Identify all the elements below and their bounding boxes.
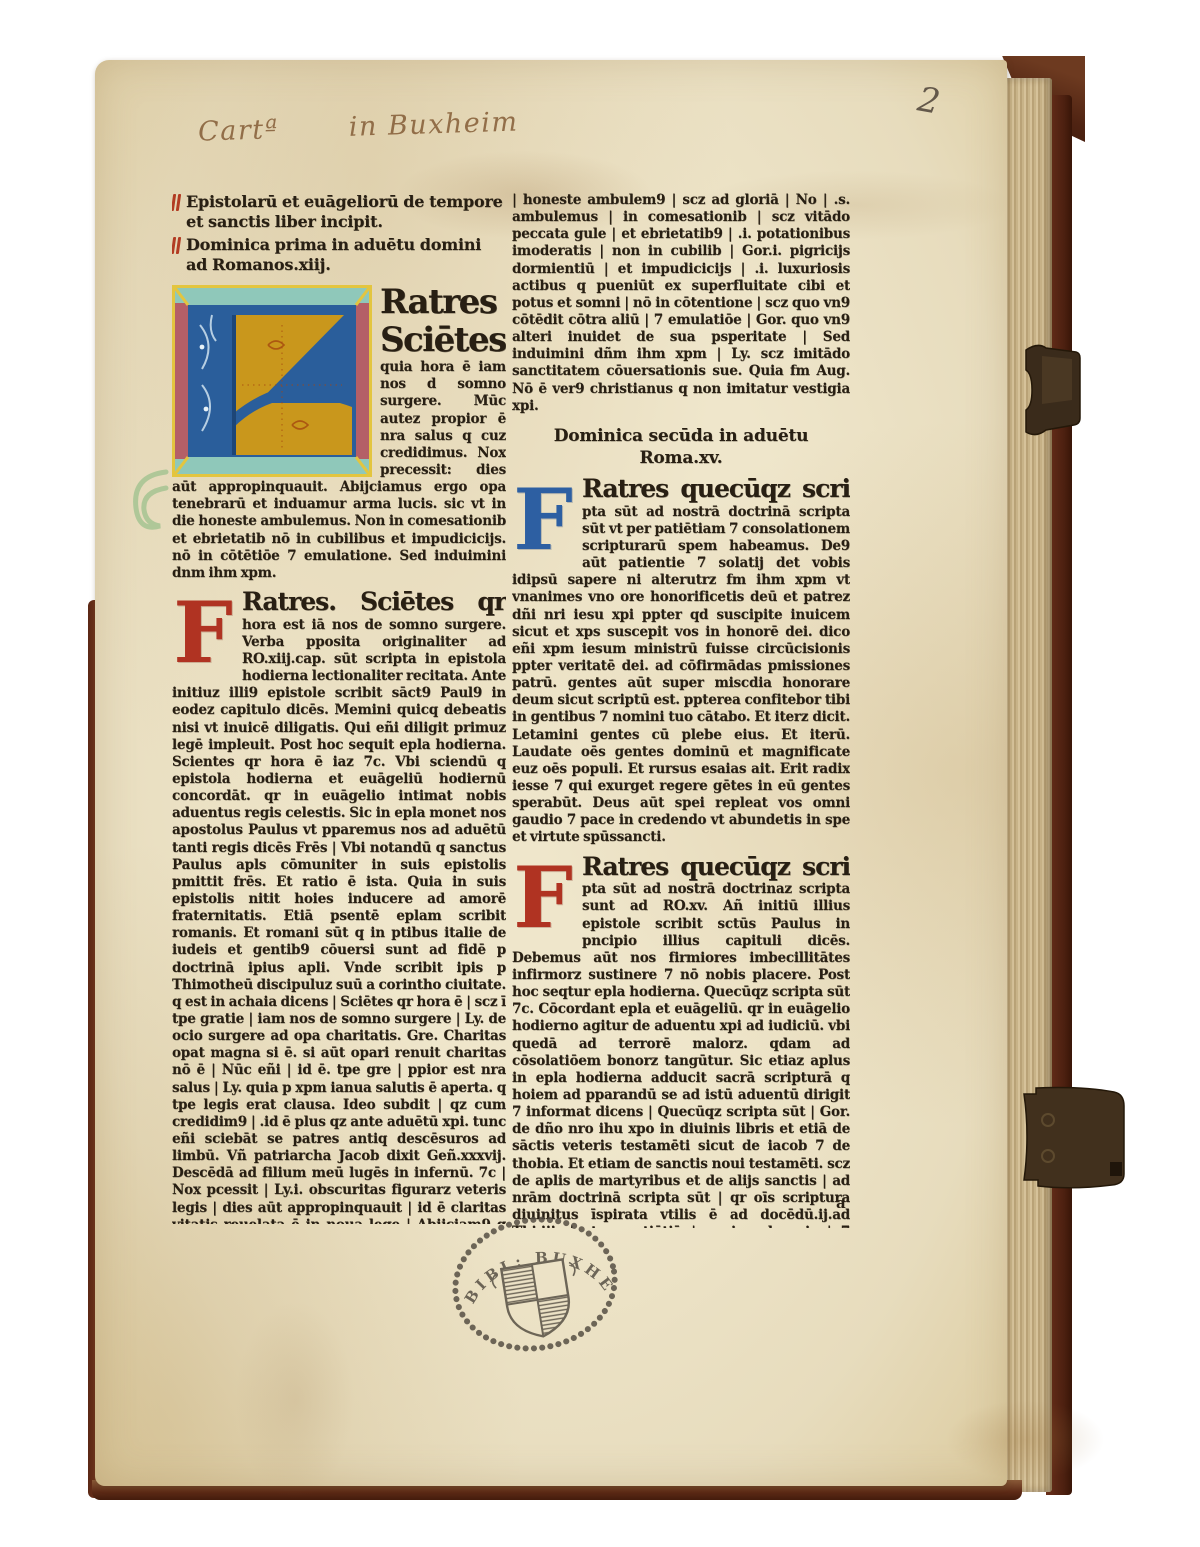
epistle-lead: Ratres quecūqz scri <box>582 474 850 503</box>
commentary-lead: Ratres quecūqz scri <box>582 852 850 881</box>
epistle-opening-paragraph: Ratres Sciētes quia hora ē iam nos d som… <box>172 283 506 582</box>
quire-signature-mark: a <box>836 1196 846 1211</box>
commentary-lead: Ratres. Sciētes qr <box>242 587 506 616</box>
green-flourish-icon <box>126 466 172 546</box>
inscription-word-buxheim: in Buxheim <box>348 107 519 143</box>
brass-clasp-lower <box>1022 1086 1130 1194</box>
rubric-mark-icon <box>172 237 182 254</box>
photograph-of-incunabulum-leaf: { "book": { "inscription_left": "Cartª",… <box>0 0 1200 1547</box>
inscription-word-carta: Cartª <box>198 114 280 148</box>
brass-clasp-upper <box>1022 340 1082 440</box>
text-column-right: | honeste ambulem9 | scz ad gloriā | No … <box>512 192 850 1228</box>
incipit-heading-text: Epistolarū et euāgeliorū de tempore et s… <box>186 192 503 231</box>
page-stain <box>235 1300 355 1500</box>
epistle-paragraph-blue: F Ratres quecūqz scri pta sūt ad nostrā … <box>512 475 850 847</box>
dominica-prima-heading-text: Dominica prima in aduētu domini ad Roman… <box>186 235 481 274</box>
dominica-secunda-heading: Dominica secūda in aduētu Roma.xv. <box>512 425 850 469</box>
gloss-continuation-paragraph: | honeste ambulem9 | scz ad gloriā | No … <box>512 192 850 415</box>
illuminated-initial-F-icon <box>172 285 372 477</box>
lombard-initial-blue: F <box>512 479 574 565</box>
lombard-initial-red: F <box>172 592 234 678</box>
lombard-initial-red: F <box>512 857 574 943</box>
commentary-paragraph-1: F Ratres. Sciētes qr hora est iā nos de … <box>172 588 506 1224</box>
commentary-body: hora est iā nos de somno surgere. Verba … <box>172 617 506 1224</box>
incipit-heading: Epistolarū et euāgeliorū de tempore et s… <box>172 192 506 232</box>
rubric-mark-icon <box>172 194 182 211</box>
buxheim-library-stamp: BIBL: BUXHEIM: <box>429 1194 640 1374</box>
text-block-fore-edge <box>1000 78 1052 1492</box>
dominica-prima-heading: Dominica prima in aduētu domini ad Roman… <box>172 235 506 275</box>
text-column-left: Epistolarū et euāgeliorū de tempore et s… <box>172 192 506 1224</box>
commentary-paragraph-2: F Ratres quecūqz scri pta sūt ad nostrā … <box>512 853 850 1228</box>
